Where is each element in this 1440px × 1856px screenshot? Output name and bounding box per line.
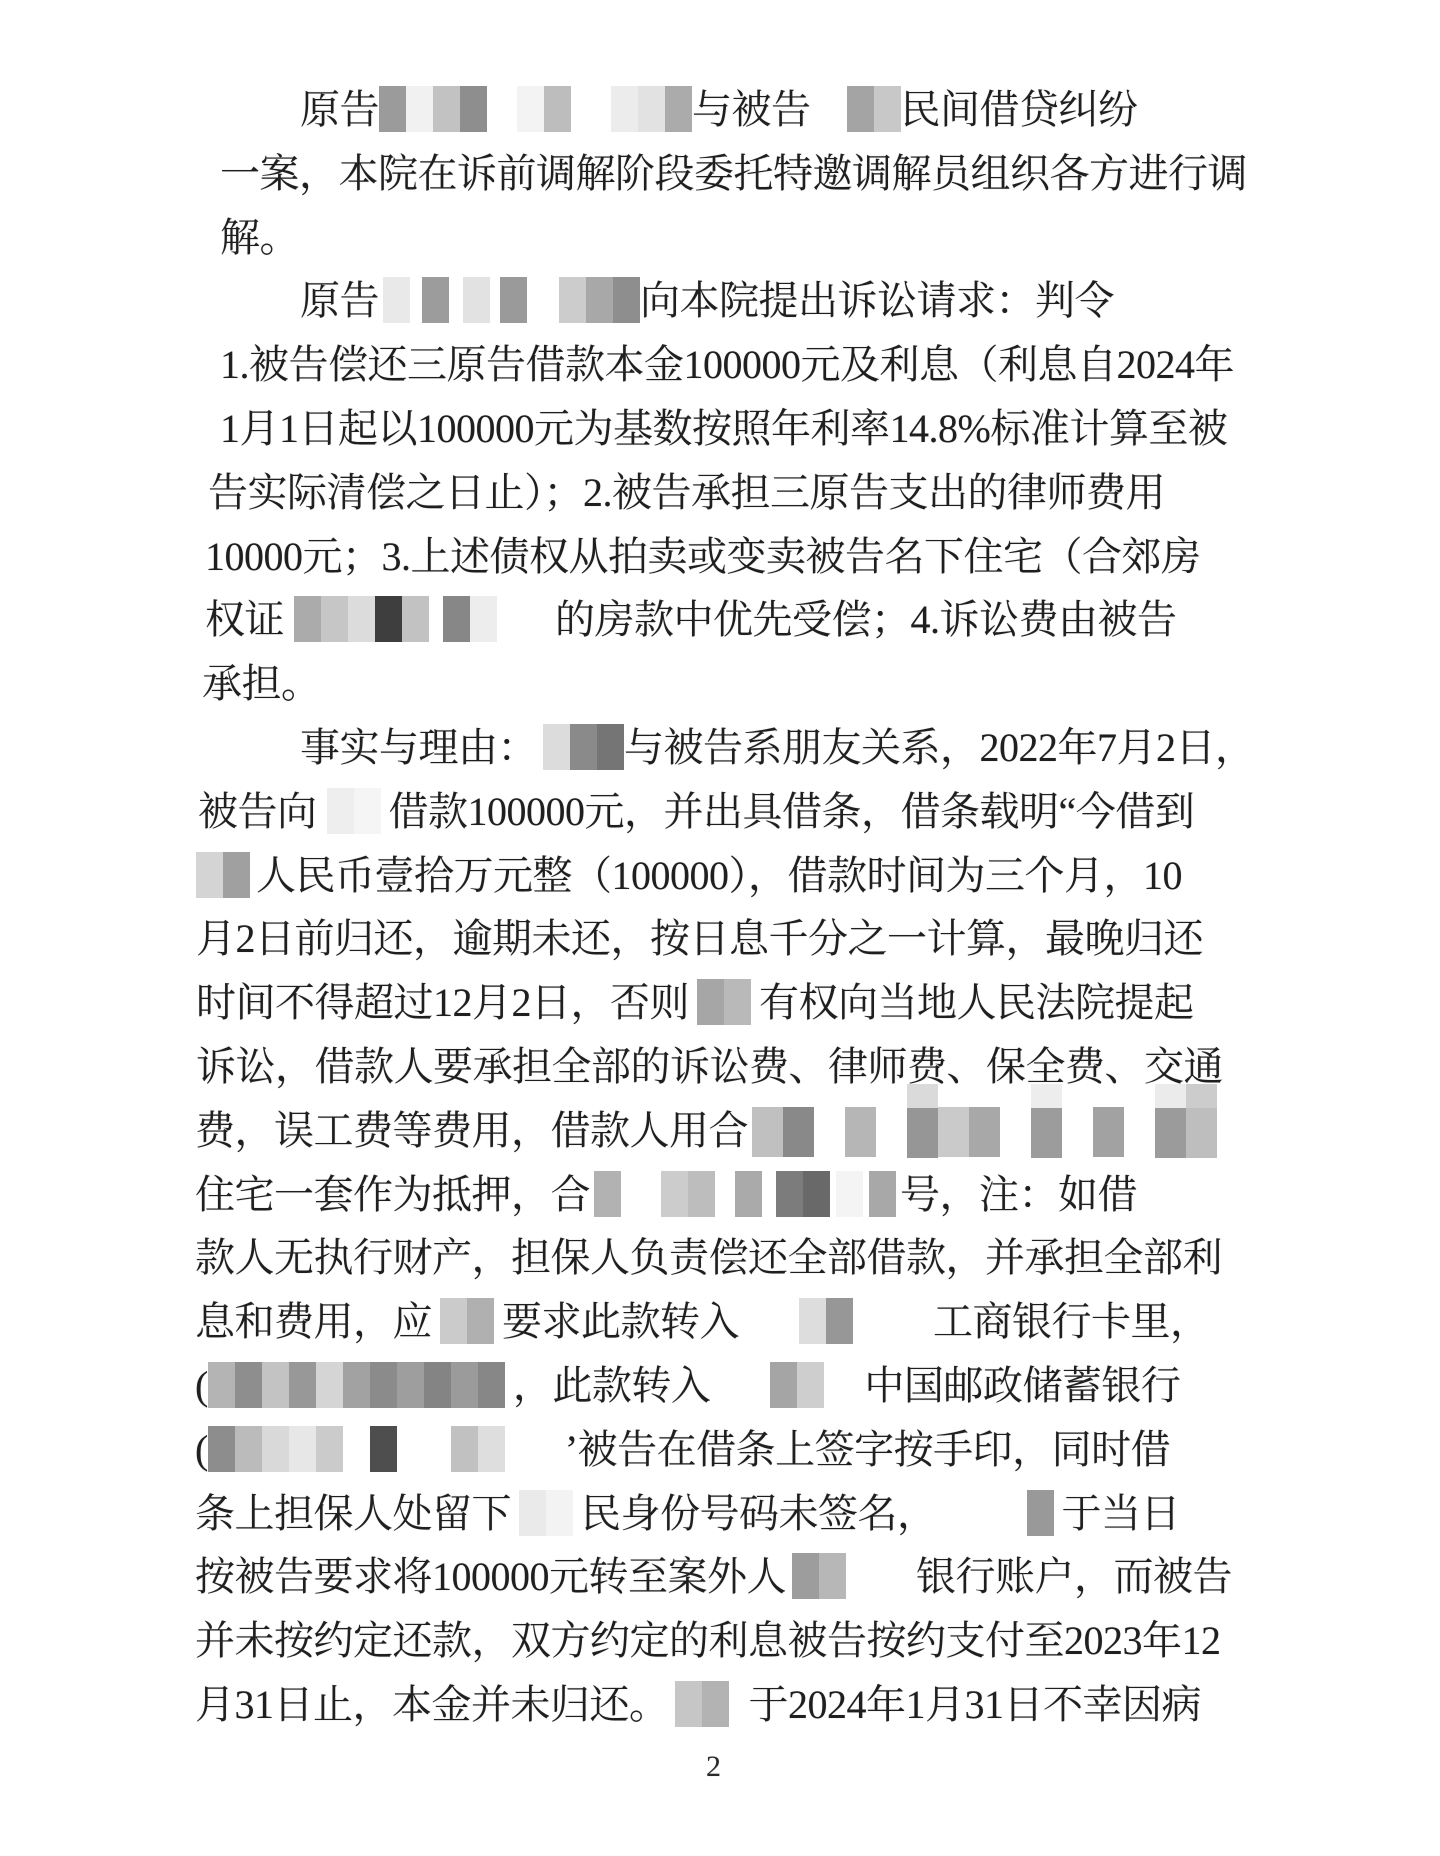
- document-line: 款人无执行财产，担保人负责偿还全部借款，并承担全部利: [195, 1233, 1222, 1285]
- redaction-cell: [208, 1362, 235, 1408]
- redaction-cell: [424, 1362, 451, 1408]
- redaction-cell: [735, 1171, 762, 1217]
- text-run: ’被告在借条上签字按手印，同时借: [565, 1425, 1170, 1475]
- redaction-cell: [379, 86, 406, 132]
- spacer: [494, 1297, 502, 1298]
- text-run: 工商银行卡里，: [933, 1297, 1210, 1347]
- document-line: 人民币壹拾万元整（100000），借款时间为三个月，10: [196, 851, 1182, 903]
- text-run: 一案，本院在诉前调解阶段委托特邀调解员组织各方进行调: [220, 149, 1247, 199]
- document-line: 时间不得超过12月2日，否则有权向当地人民法院提起: [196, 978, 1194, 1030]
- document-line: 条上担保人处留下民身份号码未签名，于当日: [195, 1489, 1180, 1541]
- redaction-cell: [546, 1490, 573, 1536]
- redaction-block: [611, 86, 692, 132]
- redaction-block: [752, 1107, 1217, 1158]
- spacer: [381, 787, 389, 788]
- redaction-cell: [289, 1362, 316, 1408]
- document-line: 事实与理由：与被告系朋友关系，2022年7月2日，: [300, 723, 1255, 775]
- redaction-cell: [370, 1426, 397, 1472]
- text-run: 的房款中优先受偿；4.诉讼费由被告: [555, 595, 1177, 645]
- redaction-cell: [665, 86, 692, 132]
- text-run: 要求此款转入: [502, 1297, 739, 1347]
- spacer: [937, 1489, 1027, 1490]
- redaction-cell: [594, 1171, 621, 1217]
- text-run: 中国邮政储蓄银行: [864, 1361, 1180, 1411]
- redaction-cell: [799, 1298, 826, 1344]
- redaction-cell: [348, 596, 375, 642]
- document-line: 10000元；3.上述债权从拍卖或变卖被告名下住宅（合郊房: [205, 532, 1201, 584]
- text-run: 银行账户，而被告: [916, 1552, 1232, 1602]
- redaction-cell: [845, 1107, 876, 1157]
- spacer: [811, 85, 847, 86]
- spacer: [487, 85, 517, 86]
- text-run: 向本院提出诉讼请求：判令: [640, 276, 1114, 326]
- spacer: [490, 276, 500, 277]
- redaction-cell: [235, 1426, 262, 1472]
- spacer: [410, 276, 422, 277]
- redaction-cell: [597, 724, 624, 770]
- document-line: 权证的房款中优先受偿；4.诉讼费由被告: [205, 595, 1177, 647]
- spacer: [429, 595, 443, 596]
- redaction-cell: [826, 1298, 853, 1344]
- redaction-cell: [869, 1171, 896, 1217]
- text-run: 借款100000元，并出具借条，借条载明“今借到: [389, 787, 1195, 837]
- spacer: [846, 1552, 916, 1553]
- redaction-cell: [819, 1553, 846, 1599]
- spacer: [432, 1297, 440, 1298]
- redaction-block: [792, 1553, 846, 1599]
- document-line: 原告向本院提出诉讼请求：判令: [300, 276, 1114, 328]
- redaction-cell: [196, 852, 223, 898]
- spacer: [573, 1489, 581, 1490]
- text-run: 息和费用，应: [195, 1297, 432, 1347]
- document-line: 住宅一套作为抵押，合号，注：如借: [195, 1170, 1137, 1222]
- text-run: (: [195, 1361, 208, 1411]
- spacer: [505, 1425, 565, 1426]
- redaction-block: [770, 1362, 824, 1408]
- spacer: [1054, 1489, 1062, 1490]
- spacer: [505, 1361, 513, 1362]
- redaction-cell: [770, 1362, 797, 1408]
- redaction-cell: [1031, 1107, 1062, 1158]
- redaction-cell: [797, 1362, 824, 1408]
- redaction-cell: [907, 1107, 938, 1158]
- redaction-cell: [938, 1107, 969, 1157]
- text-run: 承担。: [202, 659, 321, 709]
- redaction-cell: [776, 1171, 803, 1217]
- spacer: [739, 1297, 799, 1298]
- redaction-cell: [223, 852, 250, 898]
- document-line: 1.被告偿还三原告借款本金100000元及利息（利息自2024年: [220, 340, 1234, 392]
- redaction-block: [208, 1362, 505, 1408]
- redaction-block: [594, 1171, 621, 1217]
- redaction-cell: [543, 724, 570, 770]
- redaction-block: [463, 277, 490, 323]
- redaction-cell: [397, 1426, 424, 1472]
- text-run: 解。: [220, 213, 299, 263]
- document-line: (，此款转入中国邮政储蓄银行: [195, 1361, 1180, 1413]
- redaction-cell: [1155, 1107, 1186, 1158]
- document-line: 息和费用，应要求此款转入工商银行卡里，: [195, 1297, 1210, 1349]
- spacer: [689, 978, 697, 979]
- redaction-cell: [316, 1426, 343, 1472]
- spacer: [824, 1361, 864, 1362]
- document-line: 原告与被告民间借贷纠纷: [300, 85, 1138, 137]
- text-run: 于当日: [1062, 1489, 1181, 1539]
- redaction-cell: [638, 86, 665, 132]
- redaction-block: [836, 1171, 863, 1217]
- redaction-cell: [1186, 1107, 1217, 1158]
- redaction-cell: [544, 86, 571, 132]
- text-run: 诉讼，借款人要承担全部的诉讼费、律师费、保全费、交通: [196, 1042, 1223, 1092]
- text-run: 有权向当地人民法院提起: [759, 978, 1194, 1028]
- redaction-cell: [467, 1298, 494, 1344]
- redaction-cell: [343, 1426, 370, 1472]
- document-line: (’被告在借条上签字按手印，同时借: [195, 1425, 1170, 1477]
- redaction-cell: [559, 277, 586, 323]
- spacer: [621, 1170, 661, 1171]
- redaction-cell: [451, 1426, 478, 1472]
- redaction-cell: [1093, 1107, 1124, 1157]
- redaction-cell: [1000, 1107, 1031, 1157]
- document-line: 按被告要求将100000元转至案外人银行账户，而被告: [195, 1552, 1232, 1604]
- document-line: 并未按约定还款，双方约定的利息被告按约支付至2023年12: [195, 1616, 1221, 1668]
- redaction-block: [379, 86, 487, 132]
- redaction-cell: [611, 86, 638, 132]
- redaction-cell: [1124, 1107, 1155, 1157]
- redaction-cell: [397, 1362, 424, 1408]
- document-line: 解。: [220, 213, 299, 265]
- redaction-cell: [478, 1426, 505, 1472]
- text-run: 于2024年1月31日不幸因病: [749, 1680, 1202, 1730]
- text-run: 月31日止，本金并未归还。: [195, 1680, 669, 1730]
- spacer: [317, 787, 327, 788]
- redaction-block: [1027, 1490, 1054, 1536]
- redaction-cell: [969, 1107, 1000, 1157]
- redaction-cell: [783, 1107, 814, 1157]
- text-run: 时间不得超过12月2日，否则: [196, 978, 689, 1028]
- redaction-block: [422, 277, 449, 323]
- document-line: 告实际清偿之日止）；2.被告承担三原告支出的律师费用: [208, 468, 1165, 520]
- redaction-cell: [874, 86, 901, 132]
- redaction-cell: [354, 788, 381, 834]
- redaction-cell: [1027, 1490, 1054, 1536]
- redaction-cell: [370, 1362, 397, 1408]
- redaction-cell: [451, 1362, 478, 1408]
- text-run: 住宅一套作为抵押，合: [195, 1170, 590, 1220]
- redaction-cell: [262, 1362, 289, 1408]
- redaction-cell: [440, 1298, 467, 1344]
- spacer: [710, 1361, 770, 1362]
- redaction-cell: [262, 1426, 289, 1472]
- spacer: [762, 1170, 776, 1171]
- redaction-block: [327, 788, 381, 834]
- text-run: 款人无执行财产，担保人负责偿还全部借款，并承担全部利: [195, 1233, 1222, 1283]
- redaction-block: [869, 1171, 896, 1217]
- redaction-cell: [433, 86, 460, 132]
- spacer: [449, 276, 463, 277]
- text-run: 并未按约定还款，双方约定的利息被告按约支付至2023年12: [195, 1616, 1221, 1666]
- redaction-block: [799, 1298, 853, 1344]
- redaction-cell: [702, 1681, 729, 1727]
- document-line: 1月1日起以100000元为基数按照年利率14.8%标准计算至被: [220, 404, 1227, 456]
- redaction-block: [697, 979, 751, 1025]
- redaction-cell: [724, 979, 751, 1025]
- redaction-block: [543, 724, 624, 770]
- spacer: [729, 1680, 749, 1681]
- redaction-block: [675, 1681, 729, 1727]
- redaction-cell: [613, 277, 640, 323]
- redaction-block: [196, 852, 250, 898]
- text-run: 条上担保人处留下: [195, 1489, 511, 1539]
- redaction-block: [500, 277, 527, 323]
- redaction-cell: [460, 86, 487, 132]
- page-number: 2: [706, 1750, 721, 1784]
- spacer: [751, 978, 759, 979]
- redaction-cell: [847, 86, 874, 132]
- text-run: 号，注：如借: [900, 1170, 1137, 1220]
- redaction-cell: [208, 1426, 235, 1472]
- text-run: 原告: [300, 276, 379, 326]
- redaction-cell: [327, 788, 354, 834]
- redaction-cell: [463, 277, 490, 323]
- document-line: 月31日止，本金并未归还。于2024年1月31日不幸因病: [195, 1680, 1201, 1732]
- text-run: 1.被告偿还三原告借款本金100000元及利息（利息自2024年: [220, 340, 1234, 390]
- text-run: 10000元；3.上述债权从拍卖或变卖被告名下住宅（合郊房: [205, 532, 1201, 582]
- redaction-block: [519, 1490, 573, 1536]
- spacer: [527, 276, 559, 277]
- redaction-cell: [661, 1171, 688, 1217]
- redaction-cell: [343, 1362, 370, 1408]
- spacer: [497, 595, 555, 596]
- text-run: 民身份号码未签名，: [581, 1489, 937, 1539]
- redaction-block: [208, 1426, 505, 1472]
- redaction-block: [847, 86, 901, 132]
- redaction-cell: [316, 1362, 343, 1408]
- document-line: 一案，本院在诉前调解阶段委托特邀调解员组织各方进行调: [220, 149, 1247, 201]
- redaction-cell: [697, 979, 724, 1025]
- redaction-block: [559, 277, 640, 323]
- redaction-cell: [803, 1171, 830, 1217]
- redaction-cell: [402, 596, 429, 642]
- redaction-cell: [422, 277, 449, 323]
- text-run: 1月1日起以100000元为基数按照年利率14.8%标准计算至被: [220, 404, 1227, 454]
- redaction-block: [443, 596, 497, 642]
- text-run: 被告向: [198, 787, 317, 837]
- redaction-cell: [235, 1362, 262, 1408]
- redaction-block: [735, 1171, 762, 1217]
- document-line: 被告向借款100000元，并出具借条，借条载明“今借到: [198, 787, 1194, 839]
- text-run: 与被告: [692, 85, 811, 135]
- redaction-block: [661, 1171, 715, 1217]
- redaction-cell: [752, 1107, 783, 1157]
- redaction-block: [776, 1171, 830, 1217]
- spacer: [853, 1297, 933, 1298]
- redaction-cell: [570, 724, 597, 770]
- spacer: [571, 85, 611, 86]
- redaction-block: [294, 596, 429, 642]
- text-run: (: [195, 1425, 208, 1475]
- document-line: 承担。: [202, 659, 321, 711]
- document-page: 原告与被告民间借贷纠纷一案，本院在诉前调解阶段委托特邀调解员组织各方进行调解。原…: [0, 0, 1440, 1856]
- redaction-cell: [443, 596, 470, 642]
- text-run: 按被告要求将100000元转至案外人: [195, 1552, 786, 1602]
- text-run: 告实际清偿之日止）；2.被告承担三原告支出的律师费用: [208, 468, 1165, 518]
- spacer: [715, 1170, 735, 1171]
- text-run: ，此款转入: [513, 1361, 711, 1411]
- text-run: 权证: [205, 595, 284, 645]
- redaction-cell: [406, 86, 433, 132]
- text-run: 事实与理由：: [300, 723, 537, 773]
- redaction-cell: [289, 1426, 316, 1472]
- redaction-cell: [836, 1171, 863, 1217]
- redaction-cell: [424, 1426, 451, 1472]
- redaction-cell: [478, 1362, 505, 1408]
- redaction-cell: [375, 596, 402, 642]
- text-run: 月2日前归还，逾期未还，按日息千分之一计算，最晚归还: [196, 914, 1203, 964]
- redaction-block: [383, 277, 410, 323]
- spacer: [511, 1489, 519, 1490]
- redaction-cell: [500, 277, 527, 323]
- redaction-cell: [586, 277, 613, 323]
- document-line: 费，误工费等费用，借款人用合: [195, 1106, 1217, 1158]
- document-line: 诉讼，借款人要承担全部的诉讼费、律师费、保全费、交通: [196, 1042, 1223, 1094]
- redaction-cell: [519, 1490, 546, 1536]
- redaction-cell: [814, 1107, 845, 1157]
- redaction-cell: [688, 1171, 715, 1217]
- text-run: 民间借贷纠纷: [901, 85, 1138, 135]
- redaction-cell: [1062, 1107, 1093, 1157]
- redaction-cell: [675, 1681, 702, 1727]
- redaction-cell: [470, 596, 497, 642]
- redaction-cell: [876, 1107, 907, 1157]
- text-run: 与被告系朋友关系，2022年7月2日，: [624, 723, 1255, 773]
- redaction-cell: [294, 596, 321, 642]
- spacer: [284, 595, 294, 596]
- text-run: 费，误工费等费用，借款人用合: [195, 1106, 748, 1156]
- document-line: 月2日前归还，逾期未还，按日息千分之一计算，最晚归还: [196, 914, 1203, 966]
- redaction-cell: [321, 596, 348, 642]
- redaction-cell: [792, 1553, 819, 1599]
- text-run: 人民币壹拾万元整（100000），借款时间为三个月，10: [256, 851, 1182, 901]
- redaction-cell: [383, 277, 410, 323]
- redaction-block: [517, 86, 571, 132]
- redaction-block: [440, 1298, 494, 1344]
- text-run: 原告: [300, 85, 379, 135]
- redaction-cell: [517, 86, 544, 132]
